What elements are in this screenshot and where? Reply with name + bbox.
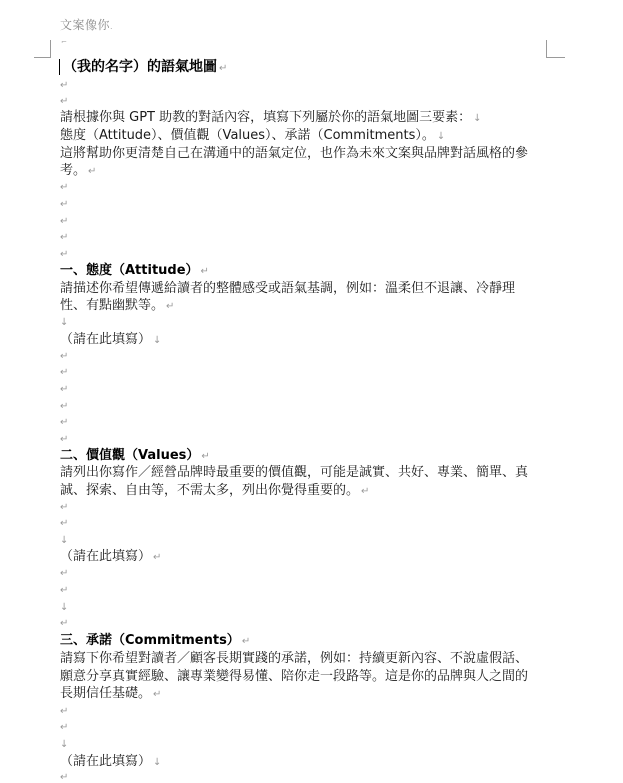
paragraph-mark-icon: ↵	[242, 636, 250, 647]
heading-text: 三、承諾（Commitments）	[60, 633, 240, 648]
line-break-icon: ↓	[153, 335, 161, 346]
paragraph-mark-icon: ↵	[60, 95, 68, 109]
header-text: 文案像你	[60, 18, 110, 32]
section-heading-values[interactable]: 二、價值觀（Values）↵	[60, 447, 210, 465]
paragraph-mark-icon: ↵	[60, 400, 68, 414]
paragraph-mark-icon: ↵	[219, 63, 227, 74]
intro-line[interactable]: 這將幫助你更清楚自己在溝通中的語氣定位，也作為未來文案與品牌對話風格的參	[60, 145, 528, 162]
section-body-line[interactable]: 性、有點幽默等。↵	[60, 297, 174, 315]
paragraph-mark-icon: ↵	[60, 771, 68, 783]
paragraph-mark-icon: ↵	[60, 416, 68, 430]
body-text: 請描述你希望傳遞給讀者的整體感受或語氣基調，例如：溫柔但不退讓、冷靜理	[60, 281, 515, 296]
text-cursor	[59, 59, 60, 75]
paragraph-mark-icon: ↵	[201, 266, 209, 277]
title-text: （我的名字）的語氣地圖	[63, 59, 217, 75]
heading-text: 一、態度（Attitude）	[60, 263, 199, 278]
paragraph-mark-icon: ↵	[60, 231, 68, 245]
paragraph-mark-icon: ↵	[60, 517, 68, 531]
paragraph-mark-icon: ↵	[153, 552, 161, 563]
placeholder-text: （請在此填寫）	[60, 549, 151, 564]
intro-line[interactable]: 請根據你與 GPT 助教的對話內容，填寫下列屬於你的語氣地圖三要素：↓	[60, 109, 482, 127]
line-break-icon: ↓	[60, 534, 68, 548]
paragraph-mark-icon: ↵	[361, 486, 369, 497]
paragraph-mark-icon: ↵	[60, 383, 68, 397]
paragraph-mark-icon: ↵	[60, 350, 68, 364]
paragraph-mark-icon: ↵	[60, 705, 68, 719]
page-header[interactable]: 文案像你.	[60, 16, 113, 33]
section-body-line[interactable]: 長期信任基礎。↵	[60, 685, 161, 703]
placeholder-values[interactable]: （請在此填寫）↵	[60, 548, 161, 566]
paragraph-mark-icon: ↵	[60, 248, 68, 262]
section-body-line[interactable]: 請描述你希望傳遞給讀者的整體感受或語氣基調，例如：溫柔但不退讓、冷靜理	[60, 280, 515, 297]
placeholder-commitments[interactable]: （請在此填寫）↓	[60, 753, 161, 771]
heading-text: 二、價值觀（Values）	[60, 448, 199, 463]
body-text: 請列出你寫作／經營品牌時最重要的價值觀，可能是誠實、共好、專業、簡單、真	[60, 465, 528, 480]
intro-line[interactable]: 態度（Attitude）、價值觀（Values）、承諾（Commitments）…	[60, 127, 445, 145]
line-break-icon: ↓	[437, 131, 445, 142]
intro-text: 這將幫助你更清楚自己在溝通中的語氣定位，也作為未來文案與品牌對話風格的參	[60, 146, 528, 161]
anchor-mark-icon: ⌐	[61, 38, 67, 46]
paragraph-mark-icon: ↵	[60, 79, 68, 93]
line-break-icon: ↓	[473, 113, 481, 124]
body-text: 長期信任基礎。	[60, 686, 151, 701]
paragraph-mark-icon: ↵	[60, 198, 68, 212]
placeholder-text: （請在此填寫）	[60, 754, 151, 769]
paragraph-mark-icon: ↵	[60, 433, 68, 447]
section-heading-attitude[interactable]: 一、態度（Attitude）↵	[60, 262, 209, 280]
section-body-line[interactable]: 願意分享真實經驗、讓專業變得易懂、陪你走一段路等。這是你的品牌與人之間的	[60, 668, 528, 685]
line-break-icon: ↓	[60, 316, 68, 330]
line-break-icon: ↓	[60, 738, 68, 752]
paragraph-mark-icon: ↵	[153, 689, 161, 700]
section-heading-commitments[interactable]: 三、承諾（Commitments）↵	[60, 632, 250, 650]
body-text: 性、有點幽默等。	[60, 298, 164, 313]
paragraph-mark-icon: ↵	[60, 721, 68, 735]
paragraph-mark-icon: ↵	[60, 567, 68, 581]
paragraph-mark-icon: ↵	[60, 181, 68, 195]
placeholder-attitude[interactable]: （請在此填寫）↓	[60, 331, 161, 349]
paragraph-mark-icon: ↵	[60, 366, 68, 380]
line-break-icon: ↓	[153, 757, 161, 768]
document-page[interactable]: 文案像你. ⌐ （我的名字）的語氣地圖↵ ↵ ↵ 請根據你與 GPT 助教的對話…	[0, 0, 623, 783]
paragraph-mark-icon: ↵	[60, 215, 68, 229]
paragraph-mark-icon: ↵	[166, 301, 174, 312]
paragraph-mark-icon: ↵	[88, 166, 96, 177]
section-body-line[interactable]: 請寫下你希望對讀者／顧客長期實踐的承諾，例如：持續更新內容、不說虛假話、	[60, 650, 528, 667]
document-title[interactable]: （我的名字）的語氣地圖↵	[63, 59, 227, 77]
margin-corner-right-icon	[546, 40, 565, 58]
paragraph-mark-icon: ↵	[60, 584, 68, 598]
body-text: 願意分享真實經驗、讓專業變得易懂、陪你走一段路等。這是你的品牌與人之間的	[60, 669, 528, 684]
intro-text: 請根據你與 GPT 助教的對話內容，填寫下列屬於你的語氣地圖三要素：	[60, 110, 471, 125]
intro-text: 態度（Attitude）、價值觀（Values）、承諾（Commitments）…	[60, 128, 435, 143]
body-text: 請寫下你希望對讀者／顧客長期實踐的承諾，例如：持續更新內容、不說虛假話、	[60, 651, 528, 666]
section-body-line[interactable]: 誠、探索、自由等，不需太多，列出你覺得重要的。↵	[60, 482, 369, 500]
body-text: 誠、探索、自由等，不需太多，列出你覺得重要的。	[60, 483, 359, 498]
placeholder-text: （請在此填寫）	[60, 332, 151, 347]
header-paragraph-mark: .	[110, 22, 113, 31]
line-break-icon: ↓	[60, 601, 68, 615]
paragraph-mark-icon: ↵	[201, 451, 209, 462]
paragraph-mark-icon: ↵	[60, 501, 68, 515]
margin-corner-left-icon	[34, 40, 51, 58]
section-body-line[interactable]: 請列出你寫作／經營品牌時最重要的價值觀，可能是誠實、共好、專業、簡單、真	[60, 464, 528, 481]
intro-line[interactable]: 考。↵	[60, 162, 96, 180]
intro-text: 考。	[60, 163, 86, 178]
paragraph-mark-icon: ↵	[60, 617, 68, 631]
